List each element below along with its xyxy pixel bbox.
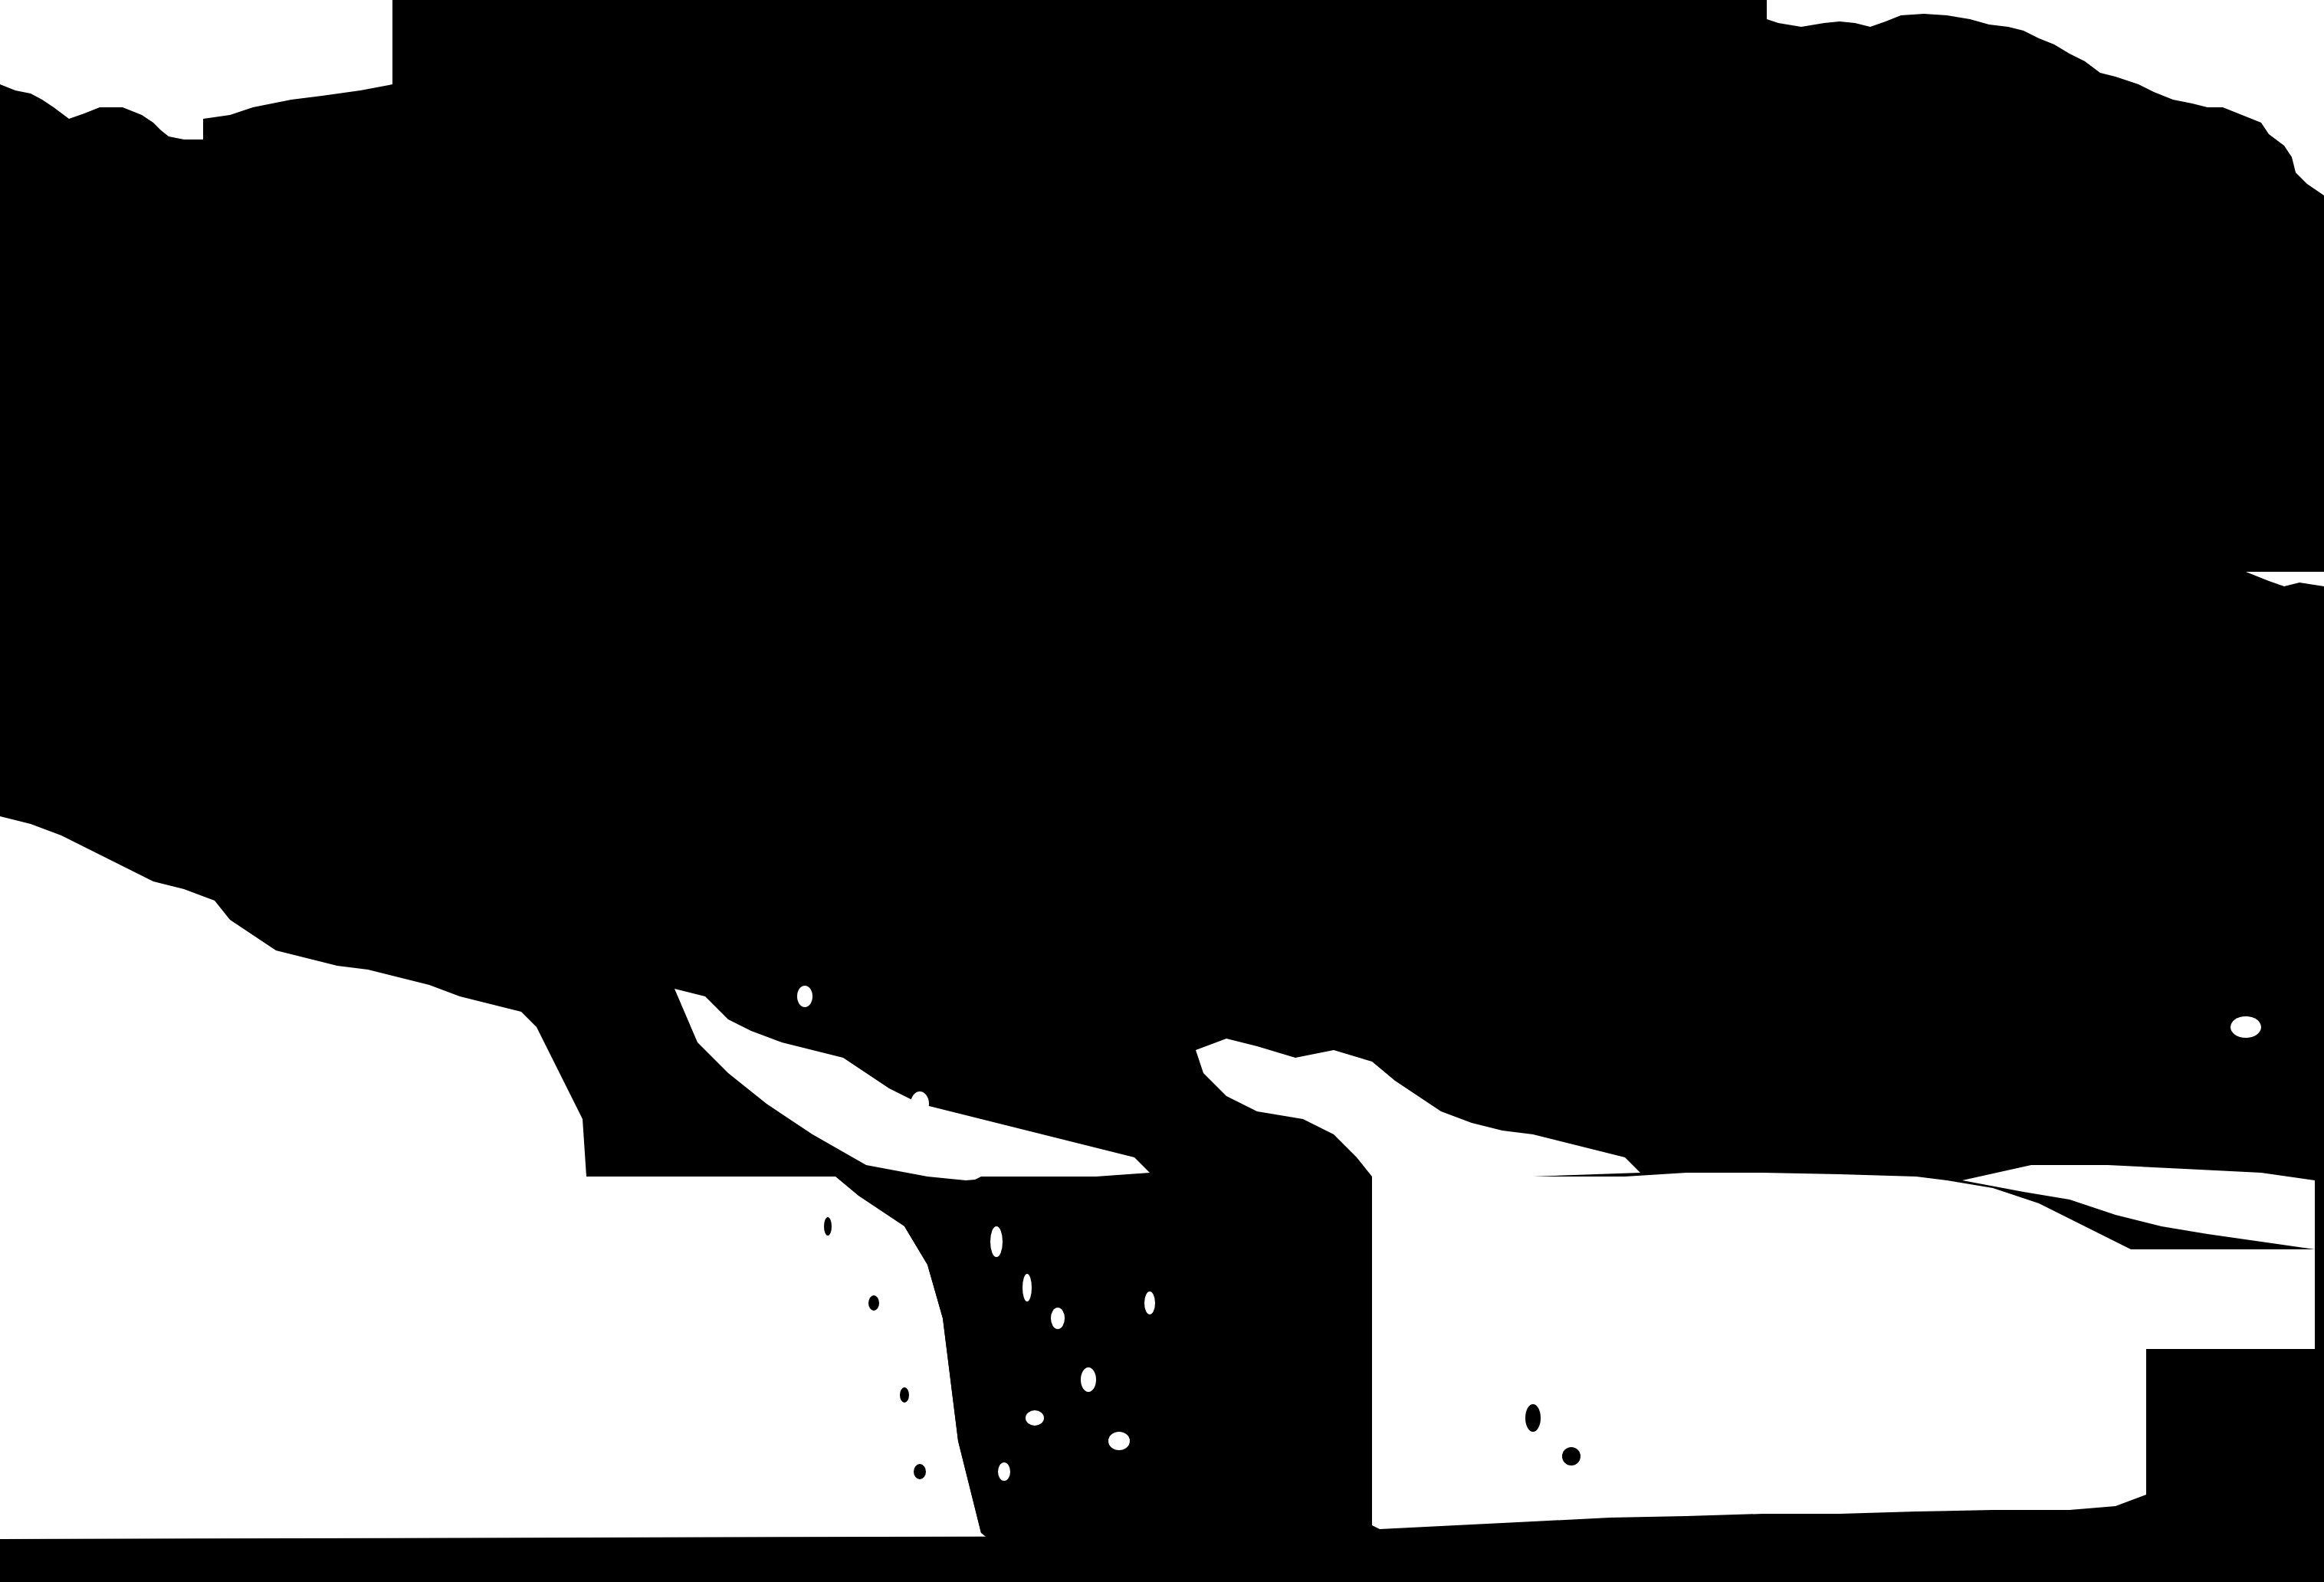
bottom-dark-band [0, 1533, 2324, 1582]
photo-canvas [0, 0, 2324, 1582]
binarized-photo: Binarized black-and-white photograph of … [0, 0, 2324, 1582]
dark-pillar-center [1177, 1177, 1372, 1533]
